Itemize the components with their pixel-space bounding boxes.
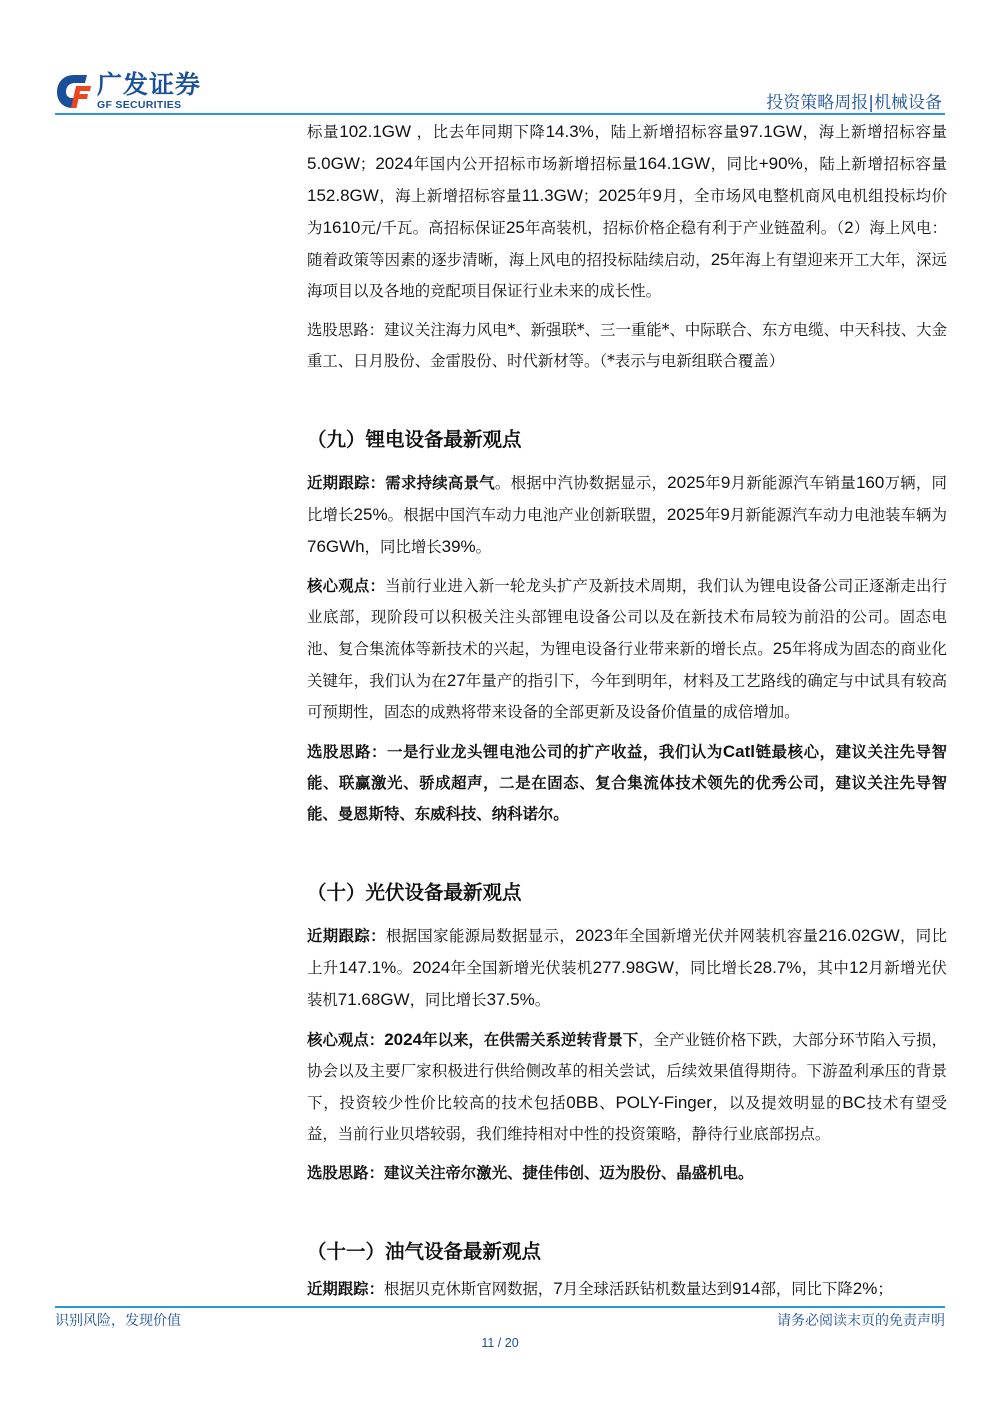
text-run: ，其中 [801,959,849,977]
text-run: 25 [773,639,792,658]
page-number: 11 / 20 [0,1336,1000,1350]
text-run: 1610 [323,218,361,237]
bold-text-run: 需求持续高景气 [385,474,495,492]
bold-text-run: 近期跟踪： [307,474,385,492]
text-run: 。 [396,959,412,977]
pv-core-view-paragraph: 核心观点：2024年以来，在供需关系逆转背景下，全产业链价格下跌，大部分环节陷入… [307,1024,947,1150]
text-run: 71.68GW [338,990,410,1009]
text-run: BC [842,1093,866,1112]
text-run: 39% [442,537,476,556]
pv-stock-picks-paragraph: 选股思路：建议关注帝尔激光、捷佳伟创、迈为股份、晶盛机电。 [307,1158,947,1189]
bold-text-run: 选股思路：建议关注帝尔激光、捷佳伟创、迈为股份、晶盛机电。 [307,1164,753,1182]
text-run: 年 [705,474,721,492]
text-run: 216.02GW [818,926,899,945]
text-run: 年 [636,187,652,205]
text-run: 914 [732,1279,760,1298]
lithium-tracking-paragraph: 近期跟踪：需求持续高景气。根据中汽协数据显示，2025年9月新能源汽车销量160… [307,467,947,563]
text-run: 年 [705,506,721,524]
text-run: 2025 [667,473,705,492]
text-run: ，陆上新增招标容量 [803,155,947,173]
text-run: 277.98GW [593,958,674,977]
text-run: 根据国家能源局数据显示， [386,927,575,945]
footer-divider [55,1306,945,1308]
text-run: 27 [447,671,466,690]
text-run: 。 [476,538,491,556]
bold-text-run: 2024 [384,1030,422,1049]
logo-chinese-name: 广发证券 [97,72,201,97]
text-run: ，同比 [710,155,759,173]
text-run: ，同比增长 [410,991,487,1009]
text-run: POLY-Finger [615,1093,711,1112]
text-run: 28.7% [753,958,801,977]
text-run: 9 [720,505,729,524]
text-run: 25 [506,218,525,237]
text-run: ，比去年同期下降 [411,123,546,141]
text-run: ，海上新增招标容量 [802,123,947,141]
text-run: ，同比增长 [365,538,442,556]
text-run: 2023 [575,926,613,945]
text-run: 2025 [667,505,705,524]
text-run: 9 [652,186,661,205]
text-run: 25% [354,505,388,524]
text-run: 元/千瓦。高招标保证 [360,219,506,237]
report-type-label: 投资策略周报|机械设备 [766,88,942,113]
text-run: ； [583,187,598,205]
text-run: 97.1GW [740,122,802,141]
text-run: ，以及提效明显的 [712,1094,842,1112]
bold-text-run: 选股思路：一是行业龙头锂电池公司的扩产收益，我们认为 [307,743,723,761]
oil-gas-tracking-paragraph: 近期跟踪：根据贝克休斯官网数据，7月全球活跃钻机数量达到914部，同比下降2%； [307,1273,947,1305]
text-run: 147.1% [339,958,397,977]
section-heading-lithium: （九）锂电设备最新观点 [307,425,947,455]
gf-logo-icon [55,72,93,110]
text-run: 14.3% [546,122,594,141]
text-run: 标量 [307,123,339,141]
text-run: 、 [598,1094,615,1112]
lithium-core-view-paragraph: 核心观点：当前行业进入新一轮龙头扩产及新技术周期，我们认为锂电设备公司正逐渐走出… [307,571,947,728]
text-run: ，陆上新增招标容量 [594,123,740,141]
text-run: 2 [844,218,853,237]
bold-text-run: 近期跟踪： [307,927,386,945]
text-run: 年全国新增光伏并网装机容量 [613,927,818,945]
section-heading-photovoltaic: （十）光伏设备最新观点 [307,878,947,908]
pv-tracking-paragraph: 近期跟踪：根据国家能源局数据显示，2023年全国新增光伏并网装机容量216.02… [307,920,947,1016]
text-run: 。 [535,991,550,1009]
text-run: 部，同比下降 [760,1280,852,1298]
text-run: ； [877,1280,892,1298]
text-run: 2024 [412,958,450,977]
text-run: 37.5% [487,990,535,1009]
logo-english-name: GF SECURITIES [97,100,201,111]
text-run: 选股思路：建议关注海力风电*、新强联*、三一重能*、中际联合、东方电缆、中天科技… [307,321,947,370]
text-run: 。根据中汽协数据显示， [495,474,667,492]
bold-text-run: 年以来，在供需关系逆转背景下 [422,1031,638,1049]
bold-text-run: 核心观点： [307,1031,384,1049]
text-run: 根据贝克休斯官网数据， [384,1280,553,1298]
wind-stock-picks-paragraph: 选股思路：建议关注海力风电*、新强联*、三一重能*、中际联合、东方电缆、中天科技… [307,315,947,377]
footer-slogan: 识别风险，发现价值 [55,1310,181,1330]
text-run: 164.1GW [638,154,710,173]
bold-text-run: Catl [723,742,755,761]
text-run: 7 [553,1279,562,1298]
text-run: 月新能源汽车动力电池装车辆为 [730,506,947,524]
text-run: 月全球活跃钻机数量达到 [563,1280,732,1298]
text-run: 11.3GW [522,186,583,205]
text-run: 76GWh [307,537,365,556]
text-run: 年全国新增光伏装机 [450,959,592,977]
footer-disclaimer-notice: 请务必阅读末页的免责声明 [777,1310,945,1330]
text-run: 152.8GW [307,186,379,205]
bold-text-run: 核心观点： [307,577,385,595]
text-run: 25 [711,250,730,269]
text-run: +90% [759,154,803,173]
page-header: 广发证券 GF SECURITIES 投资策略周报|机械设备 [0,0,1000,113]
bold-text-run: 近期跟踪： [307,1280,384,1298]
wind-tender-paragraph: 标量102.1GW ，比去年同期下降14.3%，陆上新增招标容量97.1GW，海… [307,116,947,307]
section-heading-oil-gas: （十一）油气设备最新观点 [307,1237,947,1267]
text-run: 2024 [375,154,413,173]
gf-securities-logo: 广发证券 GF SECURITIES [55,70,215,112]
text-run: 年国内公开招标市场新增招标量 [413,155,638,173]
text-run: ，同比增长 [674,959,753,977]
text-run: 年高装机，招标价格企稳有利于产业链盈利。（ [525,219,844,237]
text-run: 9 [721,473,730,492]
text-run: 。根据中国汽车动力电池产业创新联盟， [388,506,667,524]
text-run: 102.1GW [339,122,411,141]
text-run: 0BB [566,1093,598,1112]
text-run: ； [360,155,375,173]
document-body: 标量102.1GW ，比去年同期下降14.3%，陆上新增招标容量97.1GW，海… [307,116,947,1305]
text-run: 月新能源汽车销量 [730,474,856,492]
text-run: ，海上新增招标容量 [379,187,522,205]
lithium-stock-picks-paragraph: 选股思路：一是行业龙头锂电池公司的扩产收益，我们认为Catl链最核心，建议关注先… [307,736,947,830]
text-run: 5.0GW [307,154,360,173]
text-run: 160 [856,473,884,492]
header-divider [55,113,945,115]
text-run: 2025 [598,186,636,205]
text-run: 2% [853,1279,878,1298]
text-run: 12 [849,958,868,977]
